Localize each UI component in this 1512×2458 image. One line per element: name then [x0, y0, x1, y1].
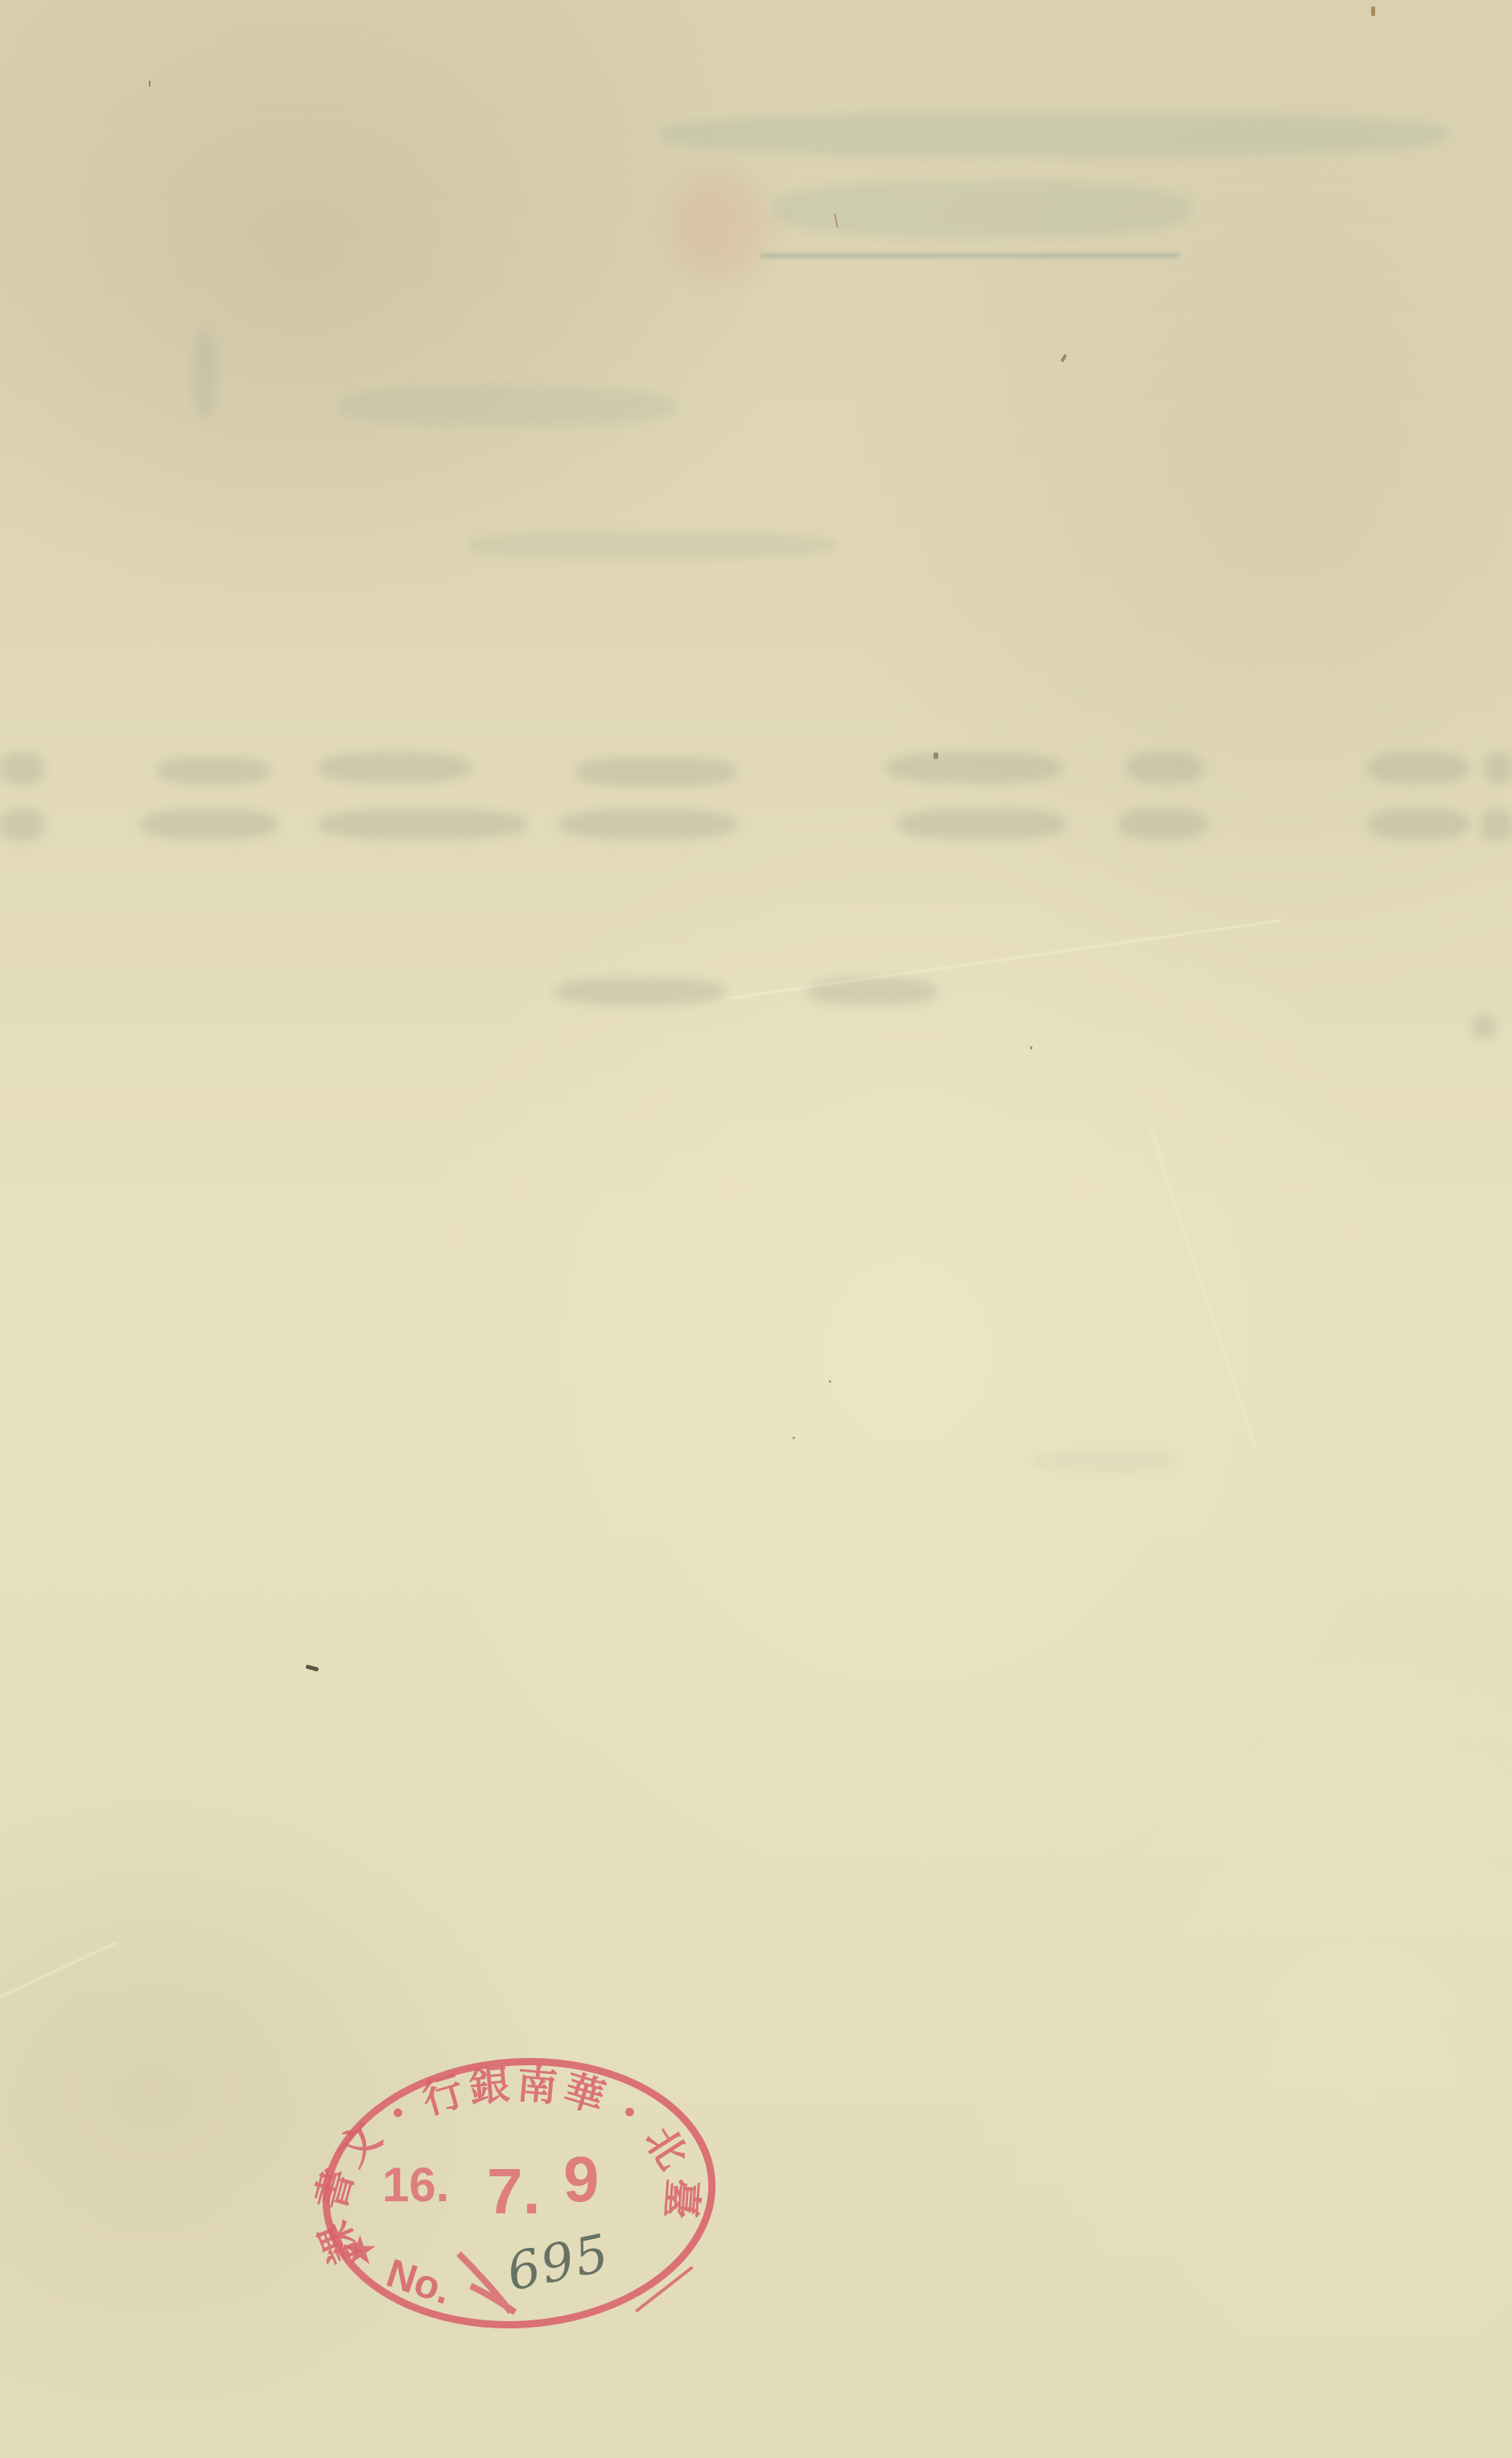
bleed-through-text: [467, 531, 837, 559]
bleed-through-text: [338, 386, 676, 427]
bleed-through-number: [1481, 809, 1512, 841]
bleed-through-number: [559, 809, 736, 839]
bleed-through-number: [555, 978, 724, 1005]
bleed-through-text: [772, 181, 1191, 237]
paper-speck: [149, 80, 150, 87]
bleed-through-number: [0, 809, 44, 841]
stamp-number-label: No.: [381, 2250, 457, 2313]
stamp-date-month: 7.: [487, 2155, 541, 2227]
bleed-through-number: [1485, 753, 1512, 783]
bleed-through-number: [1119, 809, 1207, 839]
bleed-through-text: [1030, 1449, 1175, 1473]
paper-speck: [1371, 6, 1375, 16]
bleed-through-number: [809, 978, 937, 1005]
bleed-through-number: [1473, 1014, 1497, 1038]
bleed-through-underline: [760, 254, 1179, 258]
paper-background: [0, 0, 1512, 2458]
bleed-through-number: [897, 809, 1066, 839]
bleed-through-number: [157, 757, 270, 785]
bleed-through-text: [193, 330, 217, 419]
bleed-through-number: [0, 753, 44, 785]
bleed-through-number: [1368, 753, 1469, 783]
stamp-date-year: 16.: [382, 2158, 449, 2212]
stamp-date-day: 9: [563, 2143, 599, 2215]
bleed-through-number: [141, 809, 278, 839]
star-icon: ★: [342, 2227, 378, 2274]
bleed-through-number: [318, 809, 527, 839]
bleed-through-seal: [668, 173, 764, 278]
paper-speck: [1030, 1046, 1032, 1050]
bleed-through-number: [1127, 753, 1203, 783]
paper-speck: [829, 1380, 831, 1383]
bleed-through-text: [660, 113, 1448, 157]
bleed-through-number: [885, 753, 1062, 783]
paper-speck: [793, 1437, 795, 1439]
bleed-through-number: [575, 757, 736, 787]
bleed-through-number: [318, 753, 471, 783]
bleed-through-number: [1368, 809, 1469, 839]
